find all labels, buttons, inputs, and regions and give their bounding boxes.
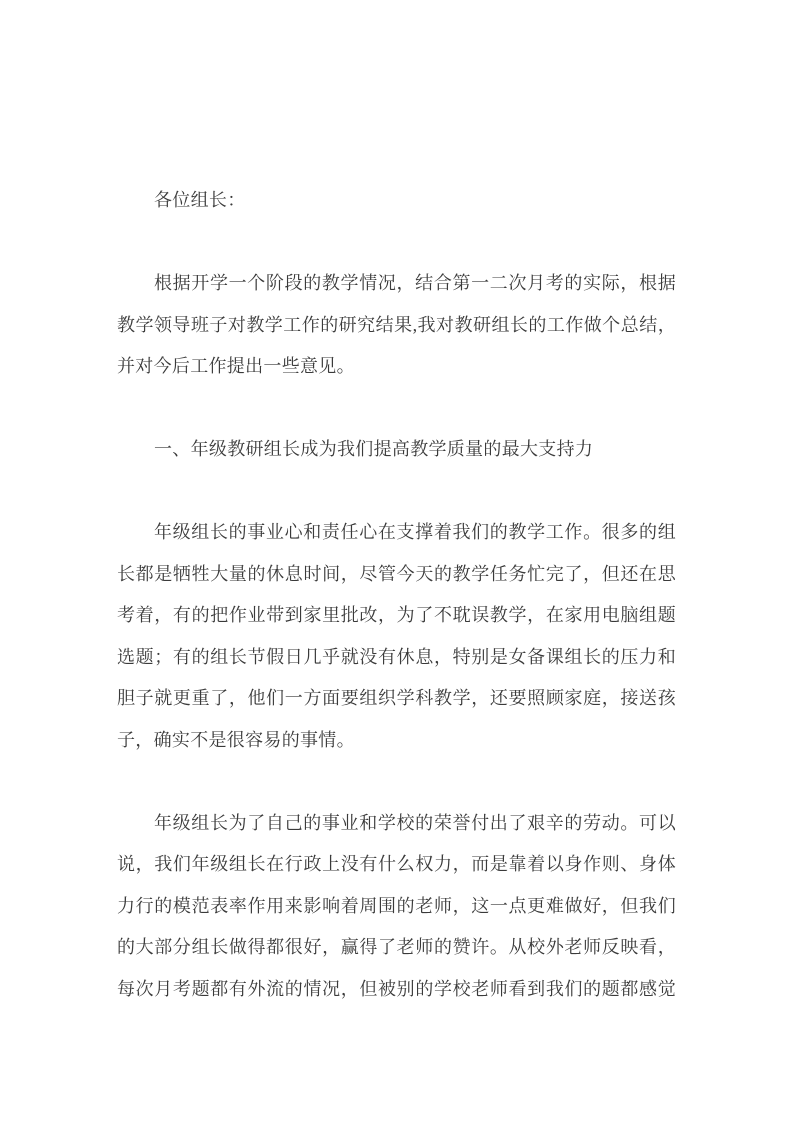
- intro-paragraph: 根据开学一个阶段的教学情况，结合第一二次月考的实际，根据 教学领导班子对教学工作…: [117, 263, 676, 388]
- intro-line-2: 教学领导班子对教学工作的研究结果,我对教研组长的工作做个总结，: [117, 305, 676, 347]
- para1-line-1: 年级组长的事业心和责任心在支撑着我们的教学工作。很多的组: [117, 512, 676, 554]
- para2-line-3: 力行的模范表率作用来影响着周围的老师，这一点更难做好，但我们: [117, 886, 676, 928]
- para1-line-3: 考着，有的把作业带到家里批改，为了不耽误教学，在家用电脑组题: [117, 595, 676, 637]
- intro-line-3: 并对今后工作提出一些意见。: [117, 346, 676, 388]
- section-heading-block: 一、年级教研组长成为我们提高教学质量的最大支持力: [117, 429, 676, 471]
- para2-line-2: 说，我们年级组长在行政上没有什么权力，而是靠着以身作则、身体: [117, 844, 676, 886]
- para1-line-4: 选题；有的组长节假日几乎就没有休息，特别是女备课组长的压力和: [117, 637, 676, 679]
- document-page: 各位组长： 根据开学一个阶段的教学情况，结合第一二次月考的实际，根据 教学领导班…: [117, 180, 676, 1010]
- para1-line-5: 胆子就更重了，他们一方面要组织学科教学，还要照顾家庭，接送孩: [117, 678, 676, 720]
- para1-line-2: 长都是牺牲大量的休息时间，尽管今天的教学任务忙完了，但还在思: [117, 554, 676, 596]
- section-heading: 一、年级教研组长成为我们提高教学质量的最大支持力: [117, 429, 676, 471]
- salutation-line: 各位组长：: [117, 180, 676, 222]
- body-paragraph-2: 年级组长为了自己的事业和学校的荣誉付出了艰辛的劳动。可以 说，我们年级组长在行政…: [117, 803, 676, 1011]
- intro-line-1: 根据开学一个阶段的教学情况，结合第一二次月考的实际，根据: [117, 263, 676, 305]
- para1-line-6: 子，确实不是很容易的事情。: [117, 720, 676, 762]
- para2-line-5: 每次月考题都有外流的情况，但被别的学校老师看到我们的题都感觉: [117, 969, 676, 1011]
- salutation-block: 各位组长：: [117, 180, 676, 222]
- body-paragraph-1: 年级组长的事业心和责任心在支撑着我们的教学工作。很多的组 长都是牺牲大量的休息时…: [117, 512, 676, 761]
- para2-line-1: 年级组长为了自己的事业和学校的荣誉付出了艰辛的劳动。可以: [117, 803, 676, 845]
- para2-line-4: 的大部分组长做得都很好，赢得了老师的赞许。从校外老师反映看，: [117, 927, 676, 969]
